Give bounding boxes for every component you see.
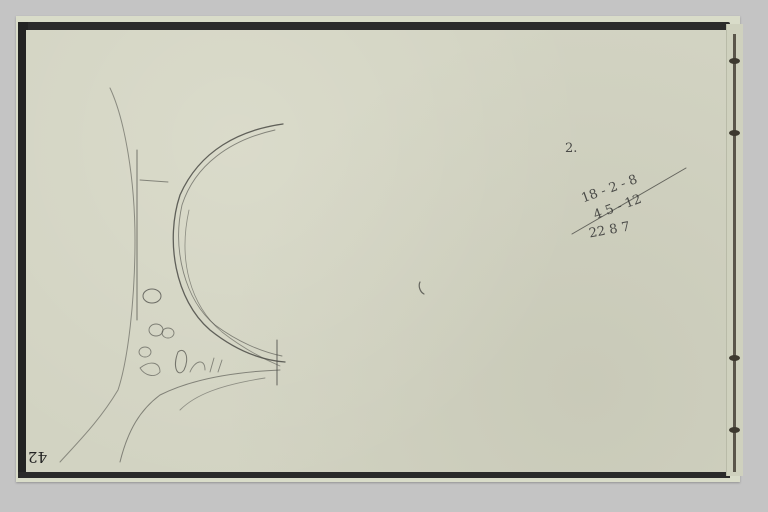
binding-stitch <box>729 427 740 433</box>
sketchbook-page <box>26 30 726 474</box>
binding-stitch <box>729 355 740 361</box>
page-number: 42 <box>28 448 47 466</box>
cover-edge-bottom <box>18 472 730 478</box>
binding-stitch <box>729 58 740 64</box>
binding-spine <box>733 34 736 472</box>
binding-stitch <box>729 130 740 136</box>
